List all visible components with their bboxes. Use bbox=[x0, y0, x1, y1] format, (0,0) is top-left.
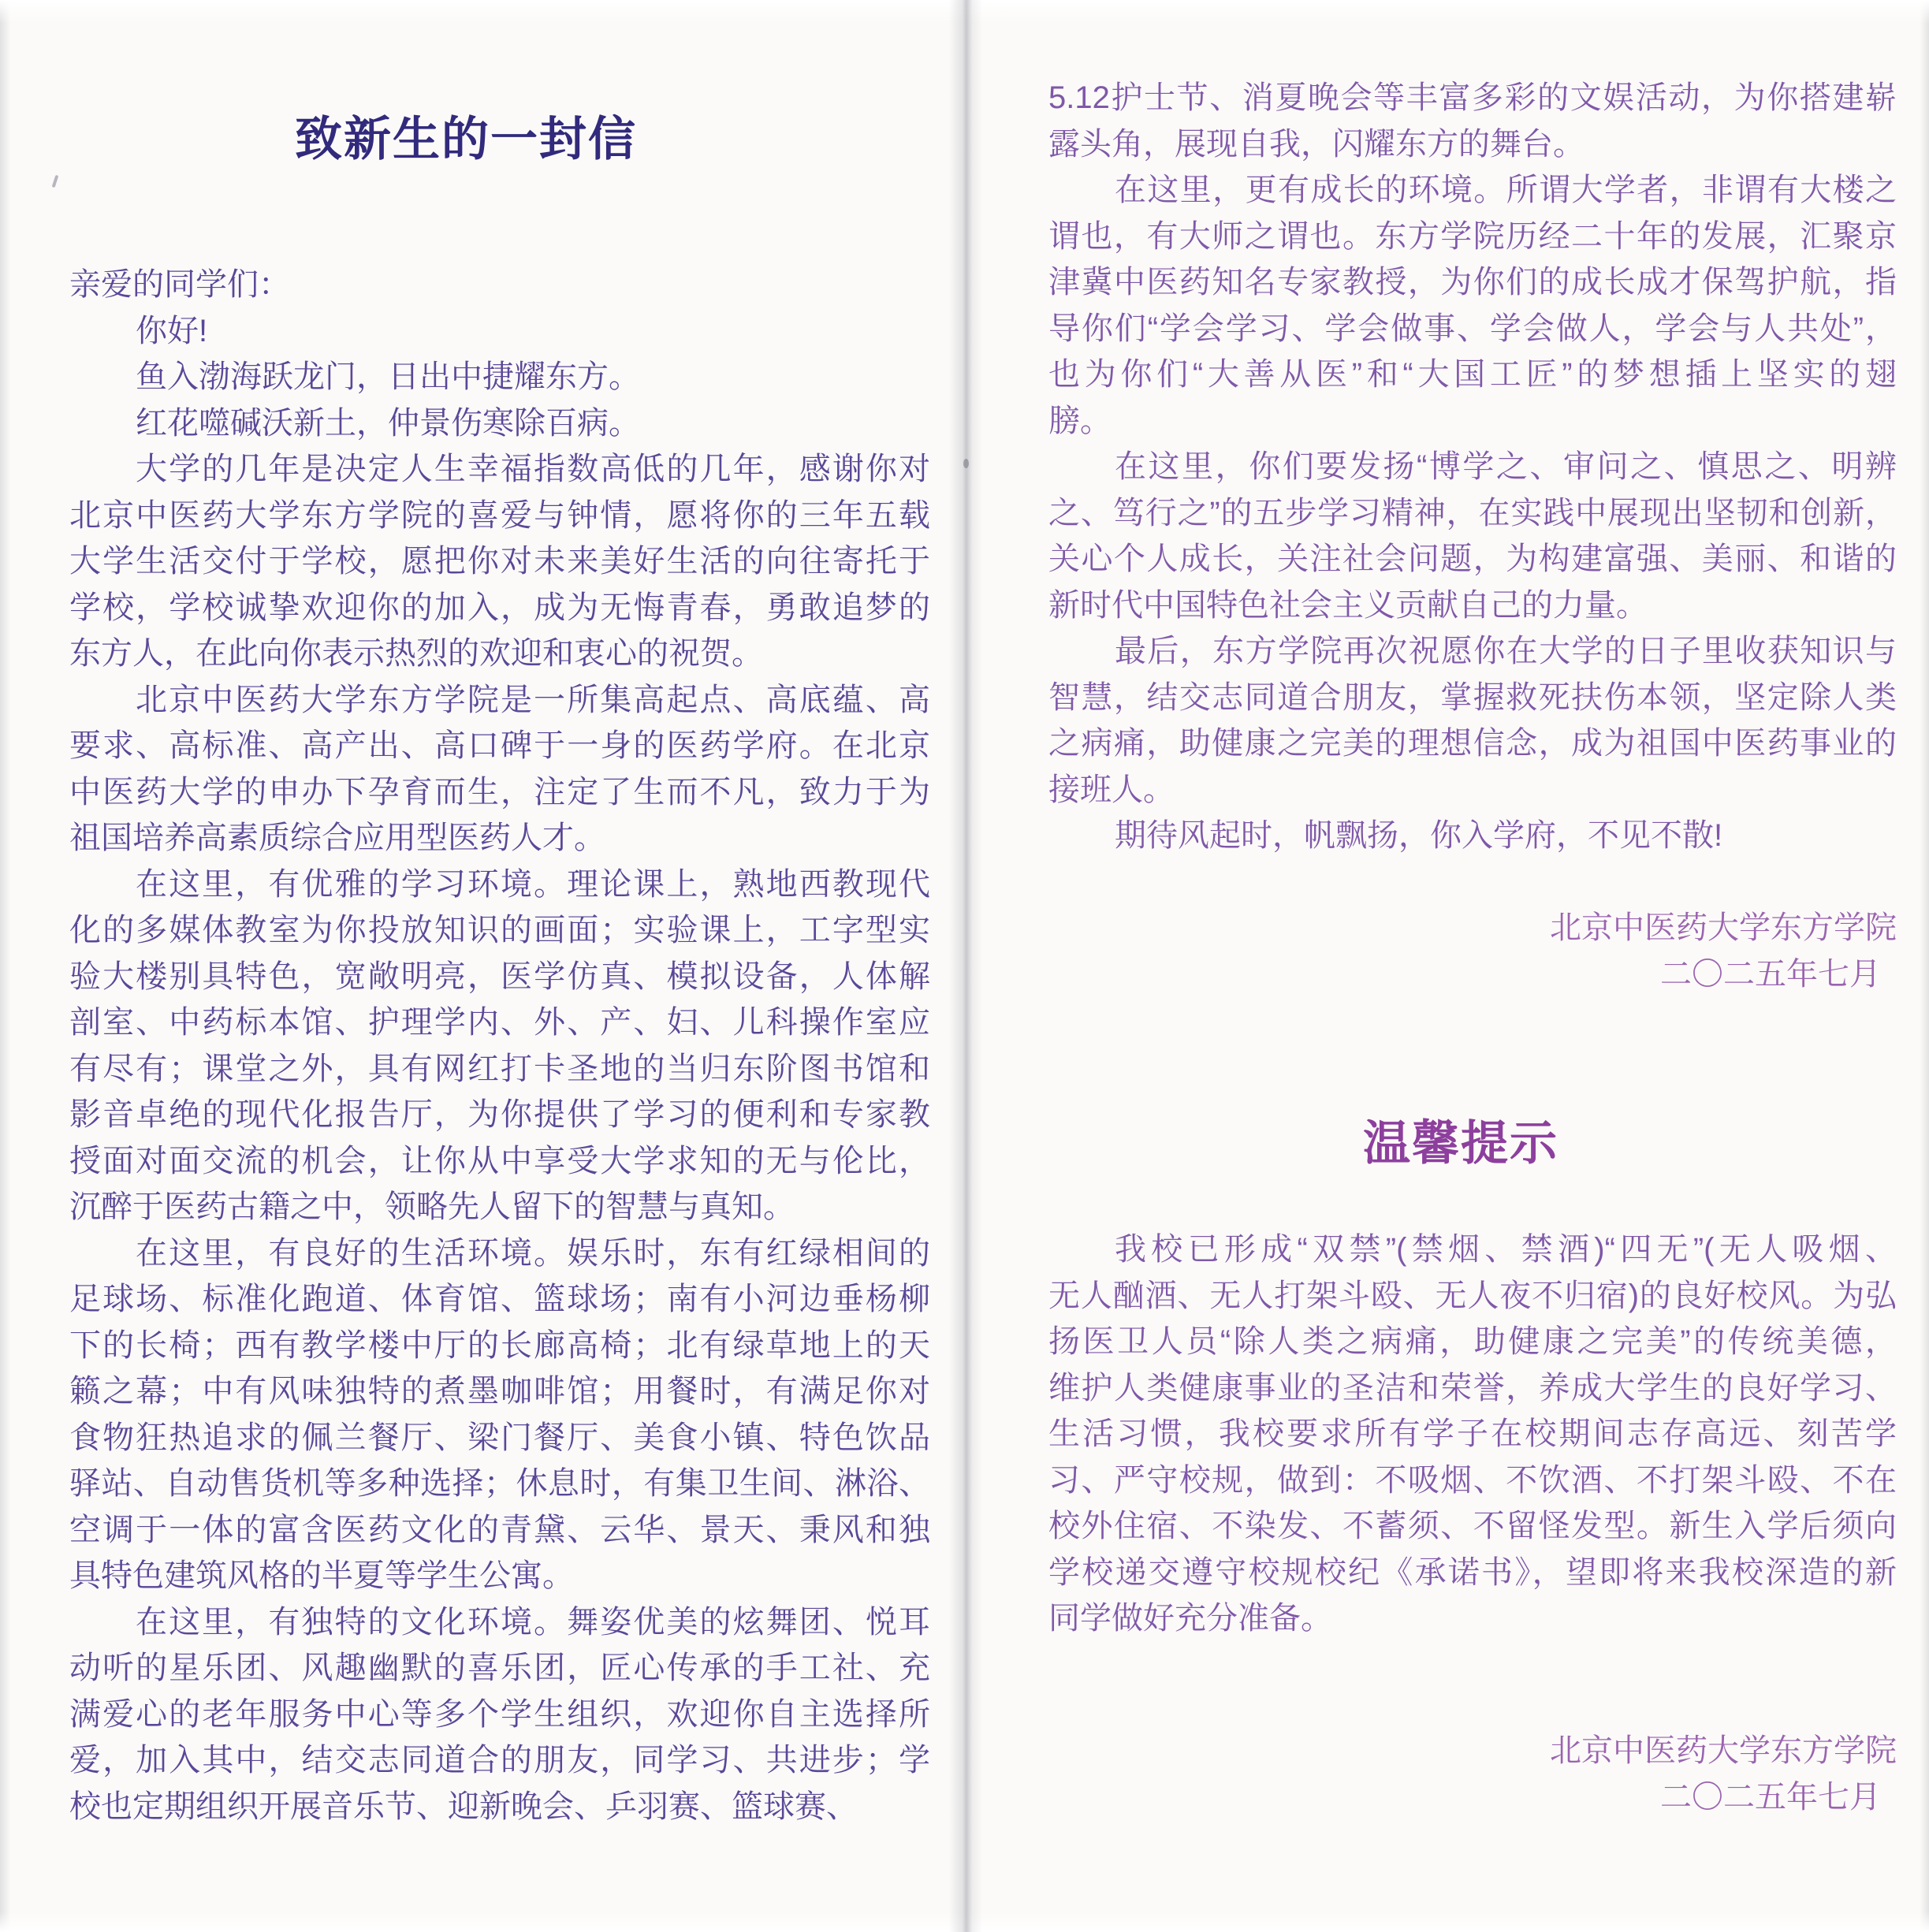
letter-line: 导你们“学会学习、学会做事、学会做人，学会与人共处”， bbox=[1048, 306, 1897, 352]
scanned-booklet-spread: 致新生的一封信 亲爱的同学们： 你好! 鱼入渤海跃龙门，日出中捷耀东方。 红花噬… bbox=[0, 0, 1929, 1932]
letter-line: 东方人，在此向你表示热烈的欢迎和衷心的祝贺。 bbox=[69, 631, 930, 677]
signature-date: 二〇二五年七月 bbox=[1048, 1774, 1897, 1821]
page-left: 致新生的一封信 亲爱的同学们： 你好! 鱼入渤海跃龙门，日出中捷耀东方。 红花噬… bbox=[69, 0, 930, 1932]
letter-line: 有尽有；课堂之外，具有网红打卡圣地的当归东阶图书馆和 bbox=[69, 1046, 930, 1093]
letter-line: 在这里，你们要发扬“博学之、审问之、慎思之、明辨 bbox=[1048, 444, 1897, 490]
tips-line: 无人酗酒、无人打架斗殴、无人夜不归宿)的良好校风。为弘 bbox=[1048, 1273, 1897, 1320]
letter-line: 影音卓绝的现代化报告厅，为你提供了学习的便利和专家教 bbox=[69, 1092, 930, 1138]
letter-line: 足球场、标准化跑道、体育馆、篮球场；南有小河边垂杨柳 bbox=[69, 1276, 930, 1323]
tips-signature: 北京中医药大学东方学院 二〇二五年七月 bbox=[1048, 1728, 1897, 1820]
letter-line: 籁之幕；中有风味独特的煮墨咖啡馆；用餐时，有满足你对 bbox=[69, 1368, 930, 1415]
scan-edge-right bbox=[1918, 0, 1929, 1932]
signature-school: 北京中医药大学东方学院 bbox=[1048, 905, 1897, 951]
gutter-speck bbox=[963, 459, 969, 468]
letter-line: 接班人。 bbox=[1048, 767, 1897, 813]
signature-date: 二〇二五年七月 bbox=[1048, 951, 1897, 998]
letter-line: 下的长椅；西有教学楼中厅的长廊高椅；北有绿草地上的天 bbox=[69, 1323, 930, 1369]
tips-line: 生活习惯，我校要求所有学子在校期间志存高远、刻苦学 bbox=[1048, 1411, 1897, 1457]
letter-line: 满爱心的老年服务中心等多个学生组织，欢迎你自主选择所 bbox=[69, 1692, 930, 1738]
tips-line: 我校已形成“双禁”(禁烟、禁酒)“四无”(无人吸烟、 bbox=[1048, 1227, 1897, 1273]
letter-body-right: 5.12护士节、消夏晚会等丰富多彩的文娱活动，为你搭建崭 露头角，展现自我，闪耀… bbox=[1048, 75, 1897, 859]
letter-line: 具特色建筑风格的半夏等学生公寓。 bbox=[69, 1553, 930, 1599]
letter-line: 北京中医药大学东方学院是一所集高起点、高底蕴、高 bbox=[69, 677, 930, 724]
letter-line: 校也定期组织开展音乐节、迎新晚会、乒羽赛、篮球赛、 bbox=[69, 1784, 930, 1830]
letter-title: 致新生的一封信 bbox=[69, 115, 930, 164]
letter-line: 空调于一体的富含医药文化的青黛、云华、景天、秉风和独 bbox=[69, 1507, 930, 1554]
letter-line: 驿站、自动售货机等多种选择；休息时，有集卫生间、淋浴、 bbox=[69, 1461, 930, 1507]
letter-line: 你好! bbox=[69, 308, 930, 355]
letter-signature: 北京中医药大学东方学院 二〇二五年七月 bbox=[1048, 905, 1897, 997]
letter-line: 大学的几年是决定人生幸福指数高低的几年，感谢你对 bbox=[69, 446, 930, 493]
letter-line: 爱，加入其中，结交志同道合的朋友，同学习、共进步；学 bbox=[69, 1737, 930, 1784]
tips-line: 同学做好充分准备。 bbox=[1048, 1595, 1897, 1642]
letter-body-left: 亲爱的同学们： 你好! 鱼入渤海跃龙门，日出中捷耀东方。 红花噬碱沃新土，仲景伤… bbox=[69, 262, 930, 1830]
letter-line: 红花噬碱沃新土，仲景伤寒除百病。 bbox=[69, 400, 930, 447]
letter-line: 关心个人成长，关注社会问题，为构建富强、美丽、和谐的 bbox=[1048, 536, 1897, 583]
letter-line: 动听的星乐团、风趣幽默的喜乐团，匠心传承的手工社、充 bbox=[69, 1645, 930, 1692]
tips-line: 扬医卫人员“除人类之病痛，助健康之完美”的传统美德， bbox=[1048, 1319, 1897, 1365]
tips-line: 学校递交遵守校规校纪《承诺书》，望即将来我校深造的新 bbox=[1048, 1550, 1897, 1596]
tips-title: 温馨提示 bbox=[1048, 1119, 1897, 1168]
signature-school: 北京中医药大学东方学院 bbox=[1048, 1728, 1897, 1774]
letter-line: 谓也，有大师之谓也。东方学院历经二十年的发展，汇聚京 bbox=[1048, 214, 1897, 260]
letter-line: 最后，东方学院再次祝愿你在大学的日子里收获知识与 bbox=[1048, 628, 1897, 675]
letter-line: 北京中医药大学东方学院的喜爱与钟情，愿将你的三年五载 bbox=[69, 493, 930, 539]
letter-line: 要求、高标准、高产出、高口碑于一身的医药学府。在北京 bbox=[69, 723, 930, 769]
letter-line: 在这里，有良好的生活环境。娱乐时，东有红绿相间的 bbox=[69, 1230, 930, 1277]
tips-line: 习、严守校规，做到：不吸烟、不饮酒、不打架斗殴、不在 bbox=[1048, 1457, 1897, 1504]
letter-line: 新时代中国特色社会主义贡献自己的力量。 bbox=[1048, 583, 1897, 629]
letter-line: 食物狂热追求的佩兰餐厅、梁门餐厅、美食小镇、特色饮品 bbox=[69, 1415, 930, 1461]
letter-line: 之病痛，助健康之完美的理想信念，成为祖国中医药事业的 bbox=[1048, 720, 1897, 767]
tips-line: 校外住宿、不染发、不蓄须、不留怪发型。新生入学后须向 bbox=[1048, 1503, 1897, 1550]
letter-line: 亲爱的同学们： bbox=[69, 262, 930, 308]
letter-line: 授面对面交流的机会，让你从中享受大学求知的无与伦比， bbox=[69, 1138, 930, 1185]
letter-line: 祖国培养高素质综合应用型医药人才。 bbox=[69, 815, 930, 862]
letter-line: 露头角，展现自我，闪耀东方的舞台。 bbox=[1048, 121, 1897, 168]
letter-line: 剖室、中药标本馆、护理学内、外、产、妇、儿科操作室应 bbox=[69, 1000, 930, 1046]
letter-line: 5.12护士节、消夏晚会等丰富多彩的文娱活动，为你搭建崭 bbox=[1048, 75, 1897, 121]
letter-line: 之、笃行之”的五步学习精神，在实践中展现出坚韧和创新， bbox=[1048, 490, 1897, 537]
letter-line: 智慧，结交志同道合朋友，掌握救死扶伤本领，坚定除人类 bbox=[1048, 675, 1897, 721]
letter-line: 沉醉于医药古籍之中，领略先人留下的智慧与真知。 bbox=[69, 1184, 930, 1230]
tips-line: 维护人类健康事业的圣洁和荣誉，养成大学生的良好学习、 bbox=[1048, 1365, 1897, 1412]
letter-line: 大学生活交付于学校，愿把你对未来美好生活的向往寄托于 bbox=[69, 538, 930, 585]
letter-line: 验大楼别具特色，宽敞明亮，医学仿真、模拟设备，人体解 bbox=[69, 954, 930, 1000]
scan-artifact bbox=[52, 175, 59, 188]
letter-line: 期待风起时，帆飘扬，你入学府，不见不散! bbox=[1048, 813, 1897, 859]
page-gutter-fold bbox=[949, 0, 982, 1932]
letter-line: 学校，学校诚挚欢迎你的加入，成为无悔青春，勇敢追梦的 bbox=[69, 585, 930, 631]
scan-edge-left bbox=[0, 0, 13, 1932]
letter-line: 鱼入渤海跃龙门，日出中捷耀东方。 bbox=[69, 354, 930, 400]
letter-line: 津冀中医药知名专家教授，为你们的成长成才保驾护航，指 bbox=[1048, 259, 1897, 306]
page-right: 5.12护士节、消夏晚会等丰富多彩的文娱活动，为你搭建崭 露头角，展现自我，闪耀… bbox=[1048, 0, 1897, 1932]
letter-line: 在这里，有优雅的学习环境。理论课上，熟地西教现代 bbox=[69, 862, 930, 908]
letter-line: 中医药大学的申办下孕育而生，注定了生而不凡，致力于为 bbox=[69, 769, 930, 816]
letter-line: 化的多媒体教室为你投放知识的画面；实验课上，工字型实 bbox=[69, 907, 930, 954]
letter-line: 也为你们“大善从医”和“大国工匠”的梦想插上坚实的翅 bbox=[1048, 352, 1897, 398]
letter-line: 在这里，有独特的文化环境。舞姿优美的炫舞团、悦耳 bbox=[69, 1599, 930, 1646]
letter-line: 膀。 bbox=[1048, 398, 1897, 445]
letter-line: 在这里，更有成长的环境。所谓大学者，非谓有大楼之 bbox=[1048, 167, 1897, 214]
tips-body: 我校已形成“双禁”(禁烟、禁酒)“四无”(无人吸烟、 无人酗酒、无人打架斗殴、无… bbox=[1048, 1227, 1897, 1642]
